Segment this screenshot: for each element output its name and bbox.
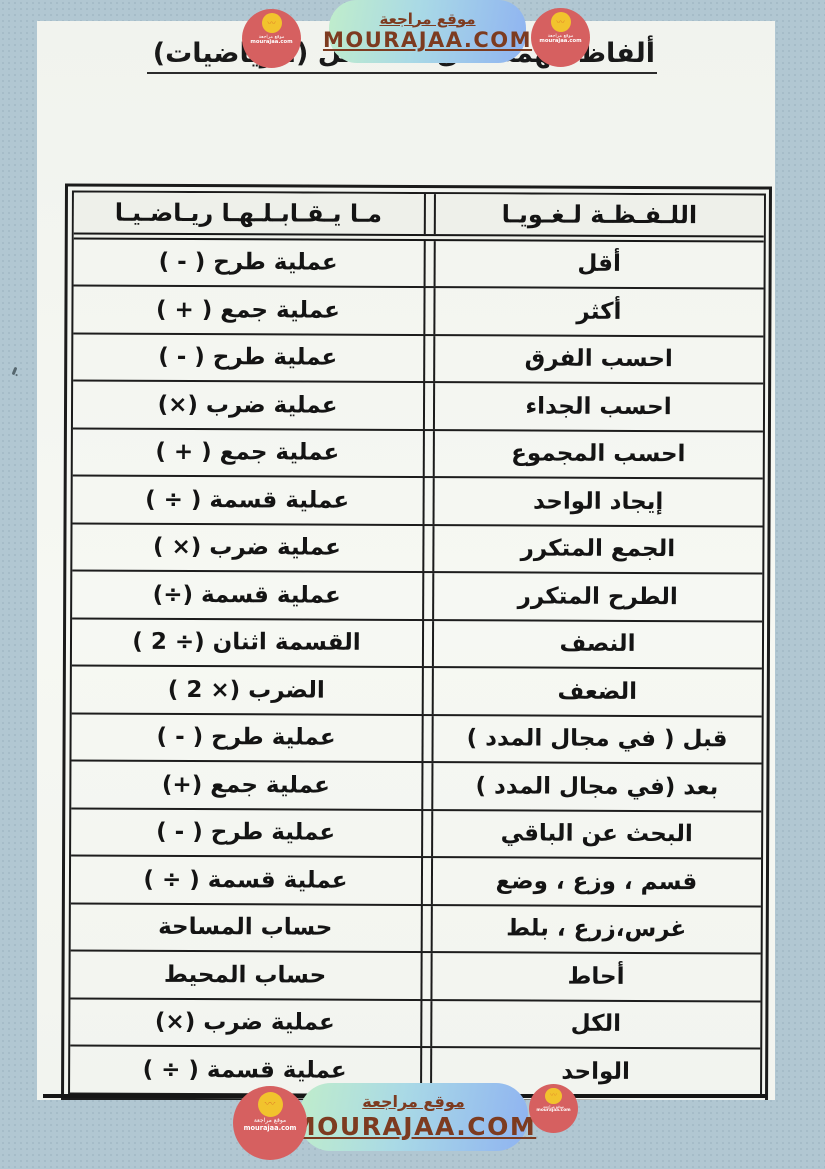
site-badge: 〰 موقع مراجعة mourajaa.com (531, 8, 590, 67)
math-cell: عملية طرح ( - ) (71, 714, 421, 761)
column-divider (421, 716, 433, 762)
math-cell: عملية ضرب (×) (70, 999, 420, 1046)
column-divider (422, 526, 434, 572)
scan-speck (12, 367, 18, 376)
table-row: عملية طرح ( - )احسب الفرق (73, 332, 763, 383)
table-row: عملية ضرب (×)الكل (70, 997, 760, 1048)
scanned-page: ألفاظ مهمه لحل المسائل (الرياضيات) مـا ي… (37, 21, 775, 1100)
site-badge: 〰 موقع مراجعة mourajaa.com (529, 1084, 578, 1133)
header-math-column: مـا يـقـابـلـهـا ريـاضـيـا (73, 192, 423, 234)
table-row: عملية جمع ( + )أكثر (73, 284, 763, 335)
badge-logo-icon: 〰 (545, 1088, 561, 1104)
column-divider (421, 811, 433, 857)
table-header-row: مـا يـقـابـلـهـا ريـاضـيـا اللـفـظـة لـغ… (73, 192, 763, 242)
table-row: عملية جمع ( + )احسب المجموع (72, 427, 762, 478)
term-cell: احسب الفرق (435, 336, 763, 383)
math-cell: عملية قسمة (÷) (72, 571, 422, 618)
table-row: عملية جمع (+)بعد (في مجال المدد ) (71, 759, 761, 810)
table-row: عملية طرح ( - )أقل (73, 239, 763, 288)
table-row: عملية ضرب (× )الجمع المتكرر (72, 522, 762, 573)
term-cell: بعد (في مجال المدد ) (433, 763, 761, 810)
term-cell: الضعف (433, 668, 761, 715)
term-cell: أقل (435, 241, 763, 288)
column-divider (420, 1001, 432, 1047)
column-divider (423, 194, 435, 234)
badge-logo-icon: 〰 (258, 1092, 283, 1117)
math-cell: حساب المساحة (70, 904, 420, 951)
watermark-link-bottom: موقع مراجعة MOURAJAA.COM (299, 1083, 528, 1151)
header-term-column: اللـفـظـة لـغـويـا (435, 194, 763, 235)
table-row: عملية قسمة ( ÷ )قسم ، وزع ، وضع (70, 854, 760, 905)
column-divider (423, 241, 435, 287)
site-badge: 〰 موقع مراجعة mourajaa.com (242, 9, 301, 68)
column-divider (422, 478, 434, 524)
term-cell: الطرح المتكرر (434, 573, 762, 620)
column-divider (422, 573, 434, 619)
term-cell: قسم ، وزع ، وضع (432, 858, 760, 905)
column-divider (420, 906, 432, 952)
table-row: عملية قسمة (÷)الطرح المتكرر (72, 569, 762, 620)
badge-site-domain: mourajaa.com (244, 1125, 297, 1132)
column-divider (421, 621, 433, 667)
terms-table-body: عملية طرح ( - )أقلعملية جمع ( + )أكثرعمل… (70, 239, 764, 1095)
term-cell: النصف (433, 621, 761, 668)
term-cell: احسب المجموع (434, 431, 762, 478)
math-cell: عملية قسمة ( ÷ ) (70, 856, 420, 903)
table-row: عملية طرح ( - )البحث عن الباقي (71, 807, 761, 858)
badge-site-domain: mourajaa.com (250, 40, 292, 46)
term-cell: غرس،زرع ، بلط (432, 906, 760, 953)
math-cell: عملية طرح ( - ) (71, 809, 421, 856)
site-name-link[interactable]: موقع مراجعة (379, 10, 475, 29)
column-divider (422, 383, 434, 429)
watermark-link-top: موقع مراجعة MOURAJAA.COM (329, 0, 526, 63)
term-cell: إيجاد الواحد (434, 478, 762, 525)
math-cell: عملية جمع (+) (71, 761, 421, 808)
term-cell: أحاط (432, 953, 760, 1000)
term-cell: البحث عن الباقي (433, 811, 761, 858)
badge-site-domain: mourajaa.com (539, 39, 581, 45)
table-row: عملية ضرب (×)احسب الجداء (72, 379, 762, 430)
column-divider (421, 668, 433, 714)
math-cell: حساب المحيط (70, 951, 420, 998)
term-cell: الكل (432, 1001, 760, 1048)
math-cell: القسمة اثنان (÷ 2 ) (71, 619, 421, 666)
term-cell: قبل ( في مجال المدد ) (433, 716, 761, 763)
math-cell: عملية جمع ( + ) (73, 286, 423, 333)
column-divider (423, 336, 435, 382)
math-cell: عملية طرح ( - ) (73, 239, 423, 286)
table-row: القسمة اثنان (÷ 2 )النصف (71, 617, 761, 668)
math-cell: عملية طرح ( - ) (73, 334, 423, 381)
badge-logo-icon: 〰 (551, 12, 571, 32)
table-row: حساب المساحةغرس،زرع ، بلط (70, 902, 760, 953)
table-row: عملية قسمة ( ÷ )إيجاد الواحد (72, 474, 762, 525)
math-cell: عملية قسمة ( ÷ ) (72, 476, 422, 523)
term-cell: أكثر (435, 288, 763, 335)
badge-logo-icon: 〰 (262, 13, 282, 33)
site-domain-link[interactable]: MOURAJAA.COM (323, 28, 532, 53)
column-divider (422, 431, 434, 477)
table-row: عملية طرح ( - )قبل ( في مجال المدد ) (71, 712, 761, 763)
math-cell: الضرب (× 2 ) (71, 666, 421, 713)
term-cell: احسب الجداء (434, 383, 762, 430)
table-row: حساب المحيطأحاط (70, 949, 760, 1000)
site-name-link[interactable]: موقع مراجعة (362, 1092, 465, 1112)
badge-site-domain: mourajaa.com (536, 1109, 570, 1114)
site-domain-link[interactable]: MOURAJAA.COM (291, 1112, 536, 1142)
site-badge: 〰 موقع مراجعة mourajaa.com (233, 1086, 307, 1160)
column-divider (420, 858, 432, 904)
term-cell: الجمع المتكرر (434, 526, 762, 573)
math-cell: عملية ضرب (× ) (72, 524, 422, 571)
column-divider (423, 288, 435, 334)
math-cell: عملية ضرب (×) (72, 381, 422, 428)
table-row: الضرب (× 2 )الضعف (71, 664, 761, 715)
column-divider (420, 953, 432, 999)
terms-table-inner: مـا يـقـابـلـهـا ريـاضـيـا اللـفـظـة لـغ… (68, 190, 766, 1097)
terms-table: مـا يـقـابـلـهـا ريـاضـيـا اللـفـظـة لـغ… (61, 183, 772, 1100)
math-cell: عملية جمع ( + ) (72, 429, 422, 476)
column-divider (421, 763, 433, 809)
